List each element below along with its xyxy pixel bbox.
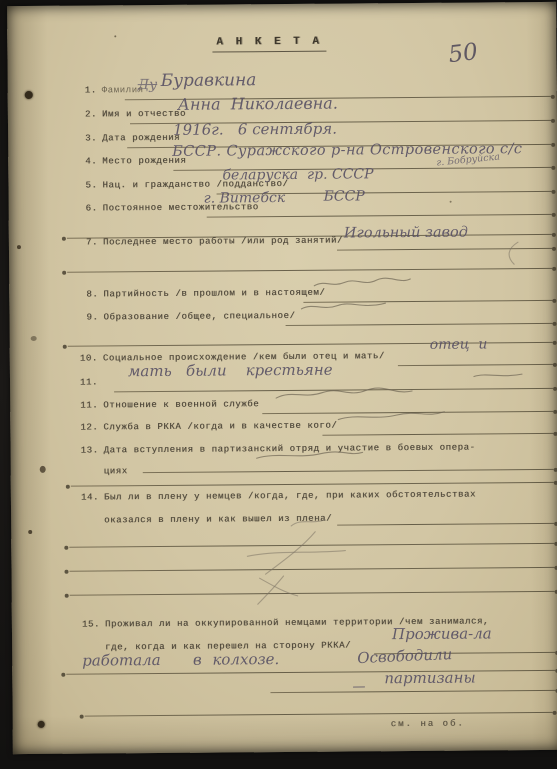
item-1-crossed-out: Ду bbox=[138, 77, 158, 93]
item-10-value: отец и bbox=[430, 336, 488, 352]
item-2-number: 2. bbox=[85, 109, 97, 119]
squiggle-mark bbox=[336, 409, 446, 424]
answer-line bbox=[286, 323, 553, 326]
answer-line bbox=[71, 482, 554, 487]
punch-hole bbox=[25, 91, 33, 99]
item-7-label: Последнее место работы /или род занятий/ bbox=[103, 236, 343, 248]
item-15-value-2: работала в колхозе. bbox=[82, 650, 279, 670]
item-14-label: Был ли в плену у немцев /когда, где, при… bbox=[104, 489, 476, 502]
item-3-value: 1916г. 6 сентября. bbox=[173, 120, 337, 139]
item-8-number: 8. bbox=[86, 289, 98, 299]
answer-line bbox=[143, 469, 554, 473]
squiggle-mark bbox=[274, 385, 414, 402]
item-7-value: Игольный завод bbox=[344, 225, 468, 242]
answer-line bbox=[398, 364, 553, 366]
item-10b-value: мать были крестьяне bbox=[128, 361, 333, 381]
answer-line bbox=[207, 214, 552, 218]
pencil-curl-mark bbox=[504, 240, 522, 266]
ink-speck bbox=[114, 35, 116, 37]
item-11-label: Отношение к военной службе bbox=[103, 399, 259, 410]
item-15-value-3: Освободили bbox=[357, 645, 453, 667]
item-7-number: 7. bbox=[86, 237, 98, 247]
squiggle-mark bbox=[312, 275, 412, 290]
item-9-number: 9. bbox=[86, 312, 98, 322]
item-10b-number: 11. bbox=[80, 377, 98, 387]
ink-speck bbox=[31, 336, 37, 341]
punch-hole bbox=[38, 721, 45, 728]
item-3-label: Дата рождения bbox=[102, 133, 180, 144]
pencil-cross-marks bbox=[223, 515, 364, 608]
page-title: А Н К Е Т А bbox=[212, 36, 326, 53]
item-9-label: Образование /общее, специальное/ bbox=[103, 311, 295, 323]
answer-line bbox=[337, 523, 554, 526]
ink-speck bbox=[28, 530, 32, 534]
item-4-number: 4. bbox=[85, 156, 97, 166]
item-3-number: 3. bbox=[85, 133, 97, 143]
item-6-value: г. Витебск bbox=[204, 190, 286, 207]
questionnaire-page: А Н К Е Т А 50 1. Фамилия Ду Буравкина 2… bbox=[7, 2, 557, 754]
item-12-label: Служба в РККА /когда и в качестве кого/ bbox=[103, 421, 337, 433]
ink-speck bbox=[17, 245, 21, 249]
page-number: 50 bbox=[447, 39, 479, 68]
item-2-value: Анна Николаевна. bbox=[178, 94, 338, 114]
item-15-value-4: партизаны bbox=[384, 669, 475, 688]
item-1-value: Буравкина bbox=[161, 70, 257, 91]
squiggle-mark bbox=[255, 447, 365, 462]
answer-line bbox=[322, 433, 553, 436]
item-8-label: Партийность /в прошлом и в настоящем/ bbox=[103, 288, 325, 300]
item-5-number: 5. bbox=[85, 180, 97, 190]
squiggle-mark bbox=[472, 370, 524, 380]
item-11-number: 11. bbox=[80, 400, 98, 410]
item-13-number: 13. bbox=[81, 445, 99, 455]
punch-hole bbox=[40, 466, 46, 473]
answer-line bbox=[270, 690, 555, 693]
item-15-value: Прожива-ла bbox=[392, 624, 492, 643]
item-14-number: 14. bbox=[81, 492, 99, 502]
item-6-number: 6. bbox=[86, 203, 98, 213]
answer-line bbox=[85, 712, 553, 717]
item-10-number: 10. bbox=[80, 353, 98, 363]
item-2-label: Имя и отчество bbox=[102, 109, 186, 120]
item-1-number: 1. bbox=[85, 85, 97, 95]
item-15-number: 15. bbox=[82, 619, 100, 629]
item-5-value: беларуска гр. СССР bbox=[222, 166, 373, 183]
item-12-number: 12. bbox=[80, 422, 98, 432]
answer-line bbox=[66, 670, 555, 675]
squiggle-mark bbox=[299, 299, 387, 314]
answer-line bbox=[67, 268, 552, 273]
item-13-label-wrap: циях bbox=[104, 466, 128, 476]
ink-speck bbox=[450, 201, 452, 203]
item-6-value-2: БССР bbox=[324, 188, 365, 204]
footer-note: см. на об. bbox=[391, 719, 465, 730]
